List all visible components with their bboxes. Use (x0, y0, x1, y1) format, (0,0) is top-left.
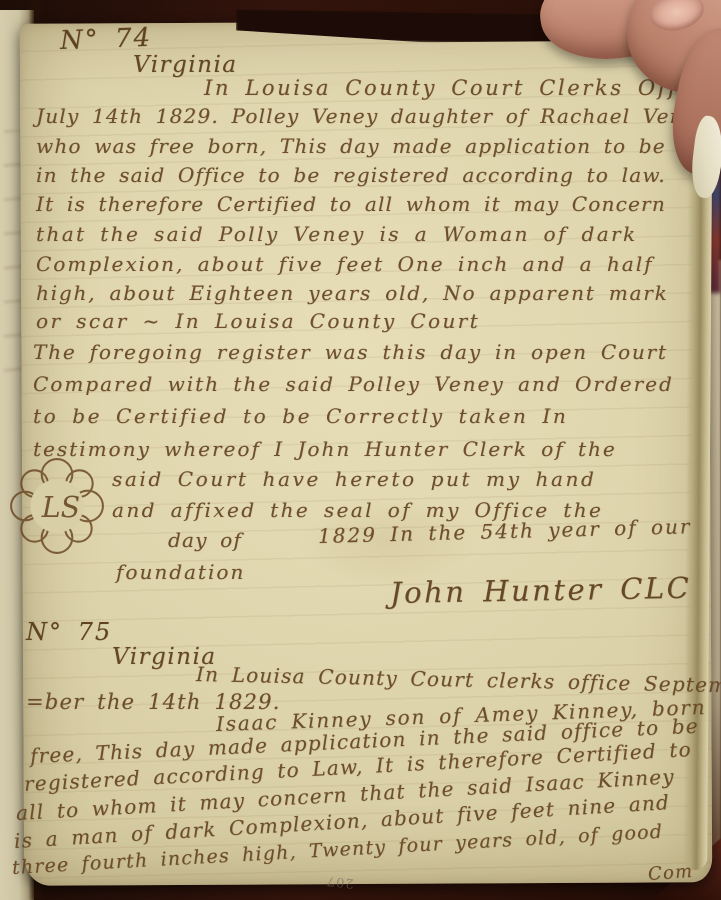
photo-of-manuscript: N° 74 Virginia In Louisa County Court Cl… (0, 0, 721, 900)
paper-ruling (20, 20, 713, 886)
manuscript-page (20, 20, 713, 886)
ink-bleed-smudge (4, 130, 22, 390)
